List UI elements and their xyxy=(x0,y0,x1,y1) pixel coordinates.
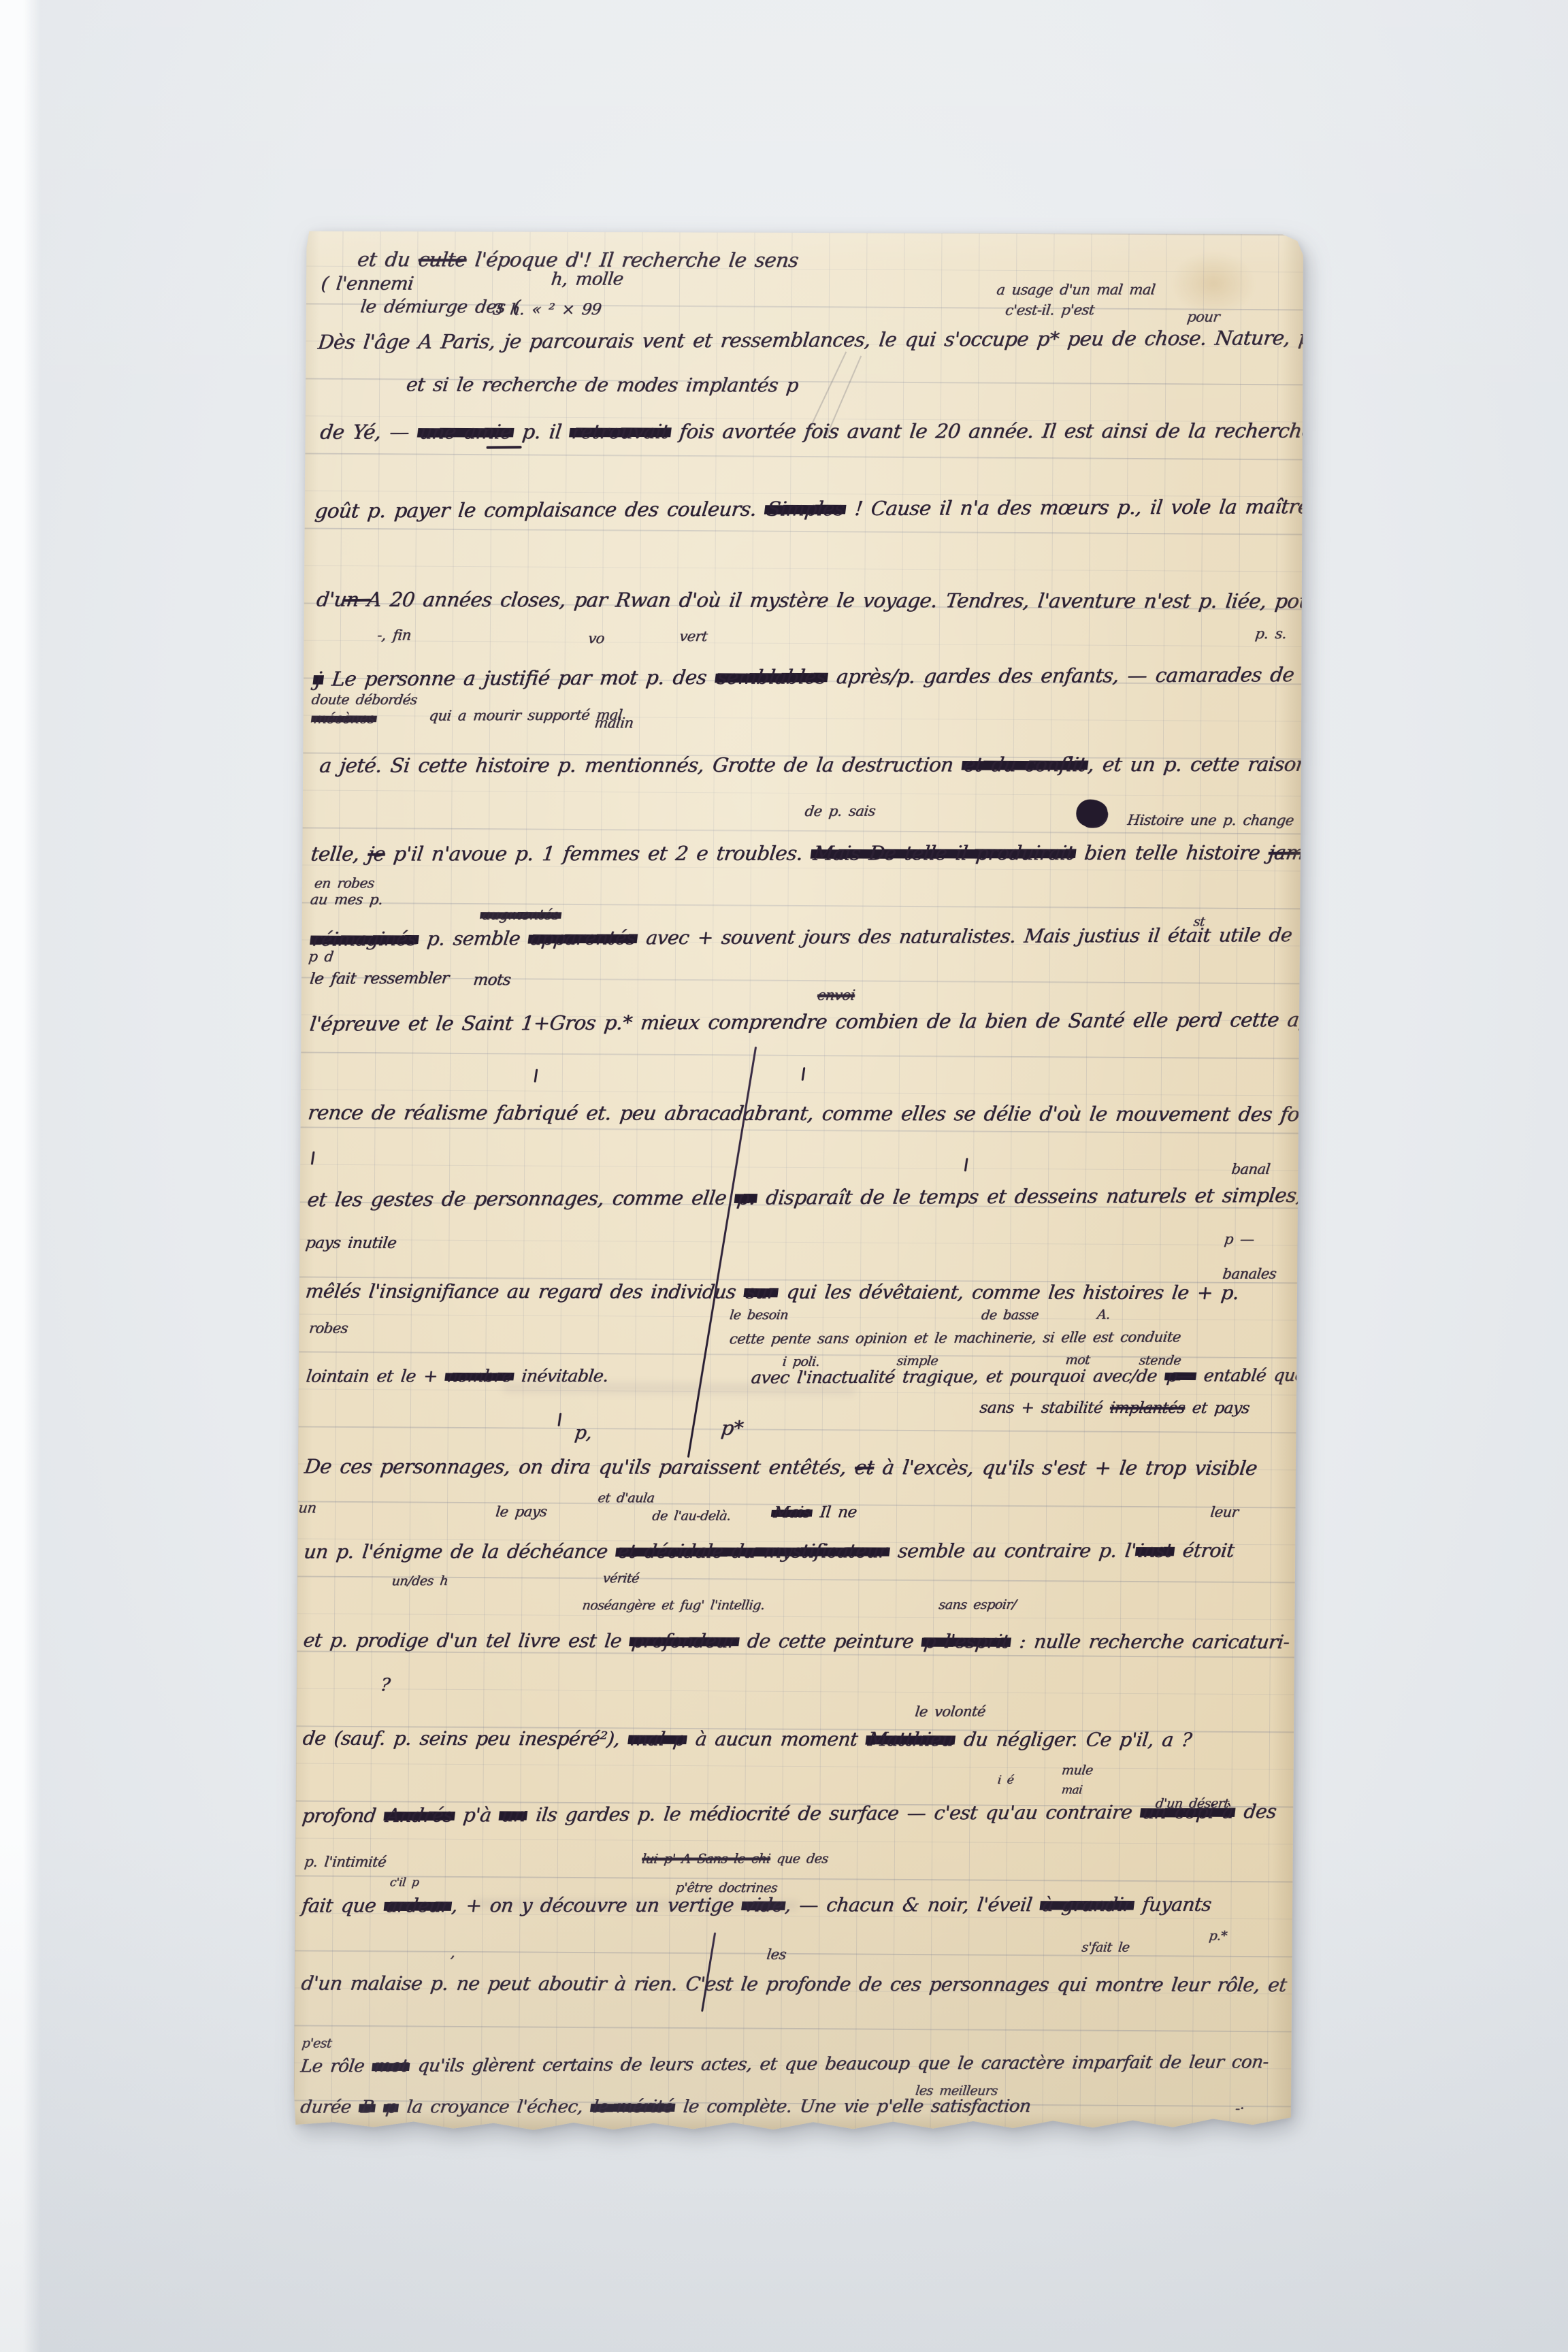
handwriting-text: p'à xyxy=(453,1803,501,1826)
struck-word: et du conflit xyxy=(960,753,1090,776)
handwriting-text: mêlés l'insignifiance au regard des indi… xyxy=(304,1280,745,1303)
handwriting-line: durée B p la croyance l'échec, le mérité… xyxy=(299,2096,1032,2117)
handwriting-text: et p. prodige d'un tel livre est le xyxy=(302,1629,632,1652)
handwriting-line: i é xyxy=(997,1774,1015,1787)
handwriting-line: mêlés l'insignifiance au regard des indi… xyxy=(304,1280,1240,1304)
handwriting-text: Le personne a justifié par mot p. des xyxy=(322,666,717,691)
handwriting-line: ? xyxy=(379,1675,391,1695)
handwriting-text: profond xyxy=(301,1804,385,1827)
bleedthrough-ghost xyxy=(502,1382,856,1394)
handwriting-line: envoi xyxy=(817,987,856,1003)
handwriting-line: de p. sais xyxy=(804,803,876,819)
handwriting-line: st xyxy=(1192,915,1205,930)
struck-word: retrouvait xyxy=(568,420,672,443)
handwriting-text: p'est xyxy=(301,2036,332,2051)
handwriting-line: l'épreuve et le Saint 1+Gros p.* mieux c… xyxy=(308,1008,1342,1036)
struck-word: un copi à xyxy=(1139,1800,1237,1823)
handwriting-line: h, molle xyxy=(550,269,624,289)
handwriting-text: à l'excès, qu'ils s'est + le trop visibl… xyxy=(872,1456,1258,1480)
handwriting-text: et du xyxy=(356,248,420,271)
struck-word: Matthieu xyxy=(864,1728,957,1750)
struck-word: et décidale du mystificateur xyxy=(615,1539,891,1563)
handwriting-text: A. xyxy=(1096,1307,1111,1322)
handwriting-line: banal xyxy=(1230,1161,1271,1177)
handwriting-text: doute débordés xyxy=(310,691,418,708)
handwriting-line: p* xyxy=(720,1416,745,1439)
struck-word: Mais De telle il produirait xyxy=(810,841,1077,865)
handwriting-text: c'il p xyxy=(389,1876,420,1889)
struck-word: et xyxy=(853,1456,875,1479)
handwriting-text: de p. sais xyxy=(804,803,876,819)
handwriting-text: : nulle recherche caricaturi- xyxy=(1010,1630,1291,1653)
struck-word: inst xyxy=(1134,1539,1176,1562)
handwriting-text: fait que xyxy=(300,1894,385,1916)
struck-word: sur xyxy=(742,1281,779,1303)
handwriting-text: p. il xyxy=(512,420,572,443)
handwriting-line: rence de réalisme fabriqué et. peu abrac… xyxy=(307,1101,1356,1126)
handwriting-text: , xyxy=(450,1944,456,1961)
handwriting-text: banal xyxy=(1230,1161,1271,1177)
handwriting-text: et d'aula xyxy=(597,1490,655,1505)
tick-mark xyxy=(802,1067,806,1081)
handwriting-line: , xyxy=(450,1944,456,1961)
handwriting-text: ? xyxy=(379,1675,391,1695)
handwriting-line: Dès l'âge A Paris, je parcourais vent et… xyxy=(316,326,1387,354)
handwriting-text: p. s. xyxy=(1254,625,1288,642)
handwriting-text: et si le recherche de modes implantés p xyxy=(405,373,800,396)
handwriting-line: a usage d'un mal mal xyxy=(996,281,1156,297)
handwriting-text: p.* xyxy=(1208,1929,1228,1944)
handwriting-text: l'épreuve et le Saint 1+Gros p.* mieux c… xyxy=(308,1008,1342,1036)
handwriting-text: leur xyxy=(1209,1504,1239,1520)
handwriting-line: Le rôle mot qu'ils glèrent certains de l… xyxy=(299,2052,1269,2076)
handwriting-line: un/des h xyxy=(391,1573,448,1588)
handwriting-line: mots xyxy=(472,971,512,989)
handwriting-line: et du culte l'époque d'! Il recherche le… xyxy=(356,248,800,272)
handwriting-line: p d xyxy=(308,949,334,965)
handwriting-line: s'fait le xyxy=(1081,1940,1130,1955)
handwriting-text: c'est-il. p'est xyxy=(1004,301,1095,318)
struck-word: une amie xyxy=(416,420,515,443)
handwriting-line: au mes p. xyxy=(309,892,383,908)
handwriting-line: banales xyxy=(1222,1265,1277,1281)
handwriting-text: que des xyxy=(769,1851,829,1866)
struck-word: jamais xyxy=(1267,841,1333,864)
handwriting-line: de (sauf. p. seins peu inespéré²), mal p… xyxy=(301,1727,1193,1751)
handwriting-text: st xyxy=(1192,915,1205,930)
struck-word: le mérité xyxy=(589,2097,676,2117)
handwriting-line: ( l'ennemi xyxy=(320,274,414,295)
handwriting-line: pays inutile xyxy=(304,1235,397,1252)
handwriting-text: bien telle histoire xyxy=(1075,841,1270,864)
handwriting-line: mai xyxy=(1060,1783,1083,1797)
handwriting-text: semble au contraire p. l' xyxy=(888,1539,1137,1562)
handwriting-line: profond Andrés p'à un ils gardes p. le m… xyxy=(301,1800,1277,1827)
handwriting-text: rence de réalisme fabriqué et. peu abrac… xyxy=(307,1101,1356,1126)
handwriting-line: le volonté xyxy=(914,1703,986,1720)
struck-word: implantés xyxy=(1109,1399,1186,1417)
handwriting-line: c'est-il. p'est xyxy=(1004,301,1095,318)
handwriting-line: lui p' A Sans le chi que des xyxy=(641,1851,829,1866)
handwriting-line: Histoire une p. change xyxy=(1126,812,1294,828)
handwriting-line: -· xyxy=(1235,2100,1245,2117)
handwriting-line: cette pente sans opinion et le machineri… xyxy=(729,1328,1182,1347)
handwriting-text: goût p. payer le complaisance des couleu… xyxy=(314,497,766,523)
struck-word: p— xyxy=(1164,1366,1198,1386)
handwriting-text: mot xyxy=(1064,1352,1090,1367)
handwriting-line: 3 h. « ² × 99 xyxy=(492,301,602,318)
handwriting-text: cette pente sans opinion et le machineri… xyxy=(729,1328,1182,1347)
handwriting-text: banales xyxy=(1222,1265,1277,1281)
handwriting-text: un p. l'énigme de la déchéance xyxy=(303,1540,617,1563)
struck-word: profondeur xyxy=(628,1629,740,1652)
handwriting-text: lointain et le + xyxy=(305,1366,446,1386)
handwriting-line: le pays xyxy=(495,1503,548,1520)
struck-word: Simples xyxy=(764,497,847,521)
handwriting-line: vert xyxy=(679,628,708,644)
handwriting-line: sans + stabilité implantés et pays xyxy=(979,1399,1250,1418)
handwriting-text: , — chacun & noir, l'éveil xyxy=(784,1893,1042,1916)
tick-mark xyxy=(311,1151,315,1165)
handwriting-text: Dès l'âge A Paris, je parcourais vent et… xyxy=(316,326,1387,354)
handwriting-text: la croyance l'échec, xyxy=(397,2097,592,2117)
tick-mark xyxy=(557,1413,561,1426)
handwriting-text: a usage d'un mal mal xyxy=(996,281,1156,297)
handwriting-text: le fait ressembler xyxy=(309,970,450,988)
handwriting-text: malin xyxy=(593,715,634,731)
handwriting-line: robes xyxy=(308,1320,349,1337)
struck-word: mal p xyxy=(627,1727,689,1750)
handwriting-text: ! Cause il n'a des mœurs p., il vole la … xyxy=(845,495,1320,520)
handwriting-line: p — xyxy=(1223,1231,1255,1247)
handwriting-line: p'est xyxy=(301,2036,332,2051)
tick-mark xyxy=(534,1069,538,1083)
handwriting-text: d'un malaise p. ne peut aboutir à rien. … xyxy=(300,1972,1288,1997)
handwriting-line: mule xyxy=(1061,1763,1094,1778)
handwriting-text: Histoire une p. change xyxy=(1126,812,1294,828)
manuscript-paper: et du culte l'époque d'! Il recherche le… xyxy=(293,229,1304,2135)
handwriting-line: de l'au-delà. xyxy=(651,1509,732,1524)
handwriting-line: en robes xyxy=(314,875,376,891)
handwriting-text: vo xyxy=(587,630,605,647)
handwriting-line: un p. l'énigme de la déchéance et décida… xyxy=(303,1539,1236,1563)
handwriting-line: j Le personne a justifié par mot p. des … xyxy=(312,662,1432,690)
handwriting-line: et d'aula xyxy=(597,1490,655,1505)
struck-word: p. xyxy=(734,1186,759,1209)
handwriting-line: augmentés xyxy=(479,906,562,923)
handwriting-text: mots xyxy=(472,971,512,989)
handwriting-text: Le rôle xyxy=(299,2056,374,2076)
handwriting-line: et p. prodige d'un tel livre est le prof… xyxy=(302,1629,1291,1654)
handwriting-line: p, xyxy=(574,1422,593,1443)
underline-mark xyxy=(342,599,371,602)
handwriting-text: ( l'ennemi xyxy=(320,274,414,295)
handwriting-text: de l'au-delà. xyxy=(651,1509,732,1524)
struck-word: lui p' A Sans le chi xyxy=(641,1851,771,1866)
tick-mark xyxy=(964,1158,968,1171)
handwriting-text: De ces personnages, on dira qu'ils parai… xyxy=(303,1455,856,1479)
handwriting-text: de basse xyxy=(981,1307,1039,1322)
handwriting-text: vert xyxy=(679,628,708,644)
struck-word: mot xyxy=(371,2056,411,2076)
struck-word: augmentés xyxy=(479,906,562,923)
handwriting-line: A. xyxy=(1096,1307,1111,1322)
handwriting-text: h, molle xyxy=(550,269,624,289)
handwriting-text: de cette peinture xyxy=(738,1630,924,1652)
handwriting-line: mot xyxy=(1064,1352,1090,1367)
handwriting-line: d'un A 20 années closes, par Rwan d'où i… xyxy=(315,588,1322,613)
handwriting-text: fuyants xyxy=(1132,1893,1213,1916)
handwriting-text: -· xyxy=(1235,2100,1245,2117)
handwriting-text: telle, xyxy=(310,843,370,866)
handwriting-text: robes xyxy=(308,1320,349,1337)
handwriting-text: pays inutile xyxy=(304,1235,397,1252)
handwriting-text: i é xyxy=(997,1774,1015,1787)
handwriting-text: mule xyxy=(1061,1763,1094,1778)
handwriting-line: goût p. payer le complaisance des couleu… xyxy=(314,495,1320,523)
handwriting-text: disparaît de le temps et desseins nature… xyxy=(756,1183,1303,1209)
struck-word: à grandir xyxy=(1039,1893,1135,1916)
handwriting-line: mécènes xyxy=(310,710,378,726)
struck-word: réimaginés xyxy=(309,928,420,951)
handwriting-line: -, fin xyxy=(376,627,412,643)
handwriting-text: a jeté. Si cette histoire p. mentionnés,… xyxy=(318,753,964,777)
handwriting-text: p — xyxy=(1223,1231,1255,1247)
manuscript-paper-wrapper: et du culte l'époque d'! Il recherche le… xyxy=(293,229,1304,2135)
handwriting-line: noséangère et fug' l'intellig. xyxy=(581,1598,765,1613)
handwriting-text: p d xyxy=(308,949,334,965)
handwriting-text: à aucun moment xyxy=(685,1728,867,1750)
handwriting-text: -, fin xyxy=(376,627,412,643)
handwriting-text: qui a mourir supporté mal xyxy=(428,706,623,723)
bleedthrough-ghost xyxy=(472,1899,798,1910)
handwriting-line: malin xyxy=(593,715,634,731)
handwriting-text: après/p. gardes des enfants, — camarades… xyxy=(826,662,1432,688)
handwriting-text: , et un p. cette raison comme xyxy=(1087,753,1389,777)
handwriting-text: vérité xyxy=(602,1571,640,1586)
ink-blot-mark xyxy=(1076,799,1107,826)
handwriting-line: de basse xyxy=(981,1307,1039,1322)
underline-mark xyxy=(487,446,522,449)
handwriting-line: réimaginés p. semble apparentés avec + s… xyxy=(309,924,1293,950)
handwriting-line: De ces personnages, on dira qu'ils parai… xyxy=(303,1455,1258,1480)
struck-word: envoi xyxy=(817,987,856,1003)
handwriting-text: sans + stabilité xyxy=(979,1399,1111,1417)
handwriting-text: qui les dévêtaient, comme les histoires … xyxy=(777,1281,1241,1304)
struck-word: culte xyxy=(417,248,468,271)
handwriting-text: le besoin xyxy=(729,1307,789,1322)
handwriting-line: et les gestes de personnages, comme elle… xyxy=(306,1183,1303,1211)
handwriting-text: p. l'intimité xyxy=(304,1854,387,1870)
handwriting-text: du négliger. Ce p'il, a ? xyxy=(954,1728,1193,1751)
struck-word: un xyxy=(498,1803,529,1826)
handwriting-text: sans espoir/ xyxy=(938,1597,1017,1612)
handwriting-text: 3 h. « ² × 99 xyxy=(492,301,602,318)
handwriting-line: Mais Il ne xyxy=(770,1503,857,1522)
handwriting-text: et les gestes de personnages, comme elle xyxy=(306,1186,736,1211)
handwriting-text: en robes xyxy=(314,875,376,891)
handwriting-text: de Yé, — xyxy=(319,420,419,443)
handwriting-line: les xyxy=(766,1946,787,1963)
handwriting-text: un/des h xyxy=(391,1573,448,1588)
handwriting-text: entablé quelques xyxy=(1195,1365,1350,1386)
handwriting-text: p'il n'avoue p. 1 femmes et 2 e troubles… xyxy=(384,842,813,866)
handwriting-text: un xyxy=(297,1499,317,1516)
handwriting-line: p. s. xyxy=(1254,625,1288,642)
handwriting-text: le complète. Une vie p'elle satisfaction xyxy=(674,2096,1032,2117)
handwriting-line: leur xyxy=(1209,1504,1239,1520)
handwriting-text: noséangère et fug' l'intellig. xyxy=(581,1598,765,1613)
handwriting-line: c'il p xyxy=(389,1876,420,1889)
handwriting-text: p* xyxy=(720,1416,745,1439)
handwriting-text: le pays xyxy=(495,1503,548,1520)
handwriting-line: doute débordés xyxy=(310,691,418,708)
handwriting-line: de Yé, — une amie p. il retrouvait fois … xyxy=(319,419,1365,444)
handwriting-text: l'époque d'! Il recherche le sens xyxy=(465,248,800,272)
handwriting-line: sans espoir/ xyxy=(938,1597,1017,1612)
handwriting-text: et pays xyxy=(1183,1399,1250,1417)
struck-word: ardeur xyxy=(383,1894,453,1916)
handwriting-line: et si le recherche de modes implantés p xyxy=(405,373,800,396)
handwriting-text: fois avortée fois avant le 20 année. Il … xyxy=(670,419,1365,443)
handwriting-text: étroit xyxy=(1173,1539,1235,1562)
struck-word: Mais xyxy=(770,1503,814,1521)
handwriting-line: d'un malaise p. ne peut aboutir à rien. … xyxy=(300,1972,1288,1997)
handwriting-line: a jeté. Si cette histoire p. mentionnés,… xyxy=(318,753,1389,777)
handwriting-text: des xyxy=(1234,1800,1277,1823)
struck-word: Andrés xyxy=(383,1804,457,1827)
handwriting-text: p, xyxy=(574,1422,593,1443)
handwriting-line: le fait ressembler xyxy=(309,970,450,988)
struck-word: semblables xyxy=(714,665,830,689)
handwriting-line: le besoin xyxy=(729,1307,789,1322)
handwriting-text: s'fait le xyxy=(1081,1940,1130,1955)
handwriting-text: Il ne xyxy=(811,1503,857,1521)
handwriting-text: au mes p. xyxy=(309,892,383,908)
handwriting-text: durée xyxy=(299,2097,361,2117)
handwriting-text: le volonté xyxy=(914,1703,986,1720)
handwriting-line: vo xyxy=(587,630,605,647)
handwriting-line: p. l'intimité xyxy=(304,1854,387,1870)
handwriting-text: les xyxy=(766,1946,787,1963)
paper-stain xyxy=(1156,239,1272,328)
handwriting-text: ils gardes p. le médiocrité de surface —… xyxy=(526,1801,1141,1826)
handwriting-text: qu'ils glèrent certains de leurs actes, … xyxy=(408,2052,1269,2076)
handwriting-line: qui a mourir supporté mal xyxy=(428,706,623,723)
struck-word: mécènes xyxy=(310,710,378,726)
handwriting-text: mai xyxy=(1060,1783,1083,1797)
handwriting-text: d'un A 20 années closes, par Rwan d'où i… xyxy=(315,588,1322,613)
photo-backdrop: et du culte l'époque d'! Il recherche le… xyxy=(0,0,1568,2352)
handwriting-text: p. semble xyxy=(417,927,529,950)
handwriting-line: vérité xyxy=(602,1571,640,1586)
handwriting-line: p.* xyxy=(1208,1929,1228,1944)
handwriting-line: telle, je p'il n'avoue p. 1 femmes et 2 … xyxy=(310,841,1333,866)
struck-word: p l'esprit xyxy=(921,1630,1013,1652)
handwriting-line: un xyxy=(297,1499,317,1516)
handwriting-text: de (sauf. p. seins peu inespéré²), xyxy=(301,1727,630,1750)
struck-word: apparentés xyxy=(527,926,639,949)
